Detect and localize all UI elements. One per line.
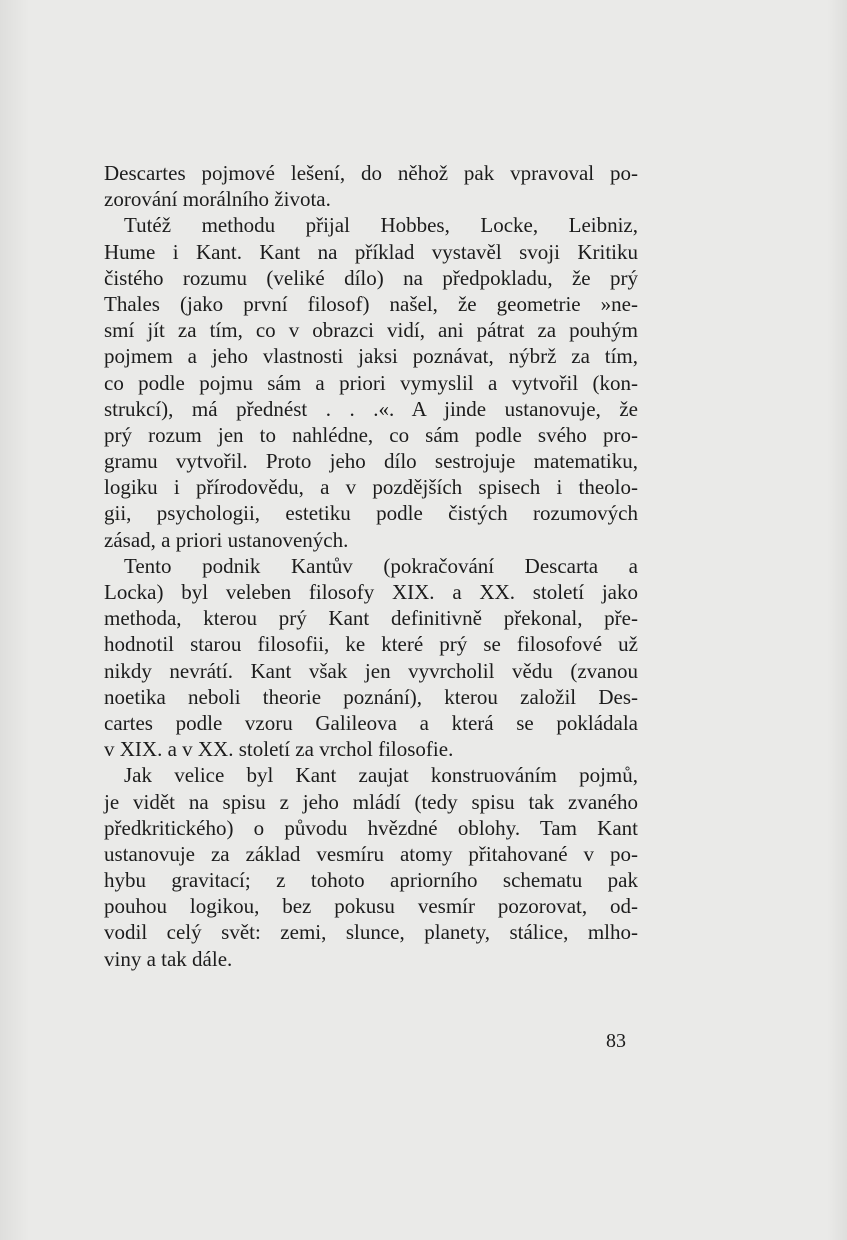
- text-line: nikdy nevrátí. Kant však jen vyvrcholil …: [104, 658, 638, 684]
- text-line: methoda, kterou prý Kant definitivně pře…: [104, 605, 638, 631]
- paragraph-1: Descartes pojmové lešení, do něhož pak v…: [104, 160, 638, 212]
- text-line: zásad, a priori ustanovených.: [104, 527, 638, 553]
- text-line: noetika neboli theorie poznání), kterou …: [104, 684, 638, 710]
- text-line: strukcí), má přednést . . .«. A jinde us…: [104, 396, 638, 422]
- book-page: Descartes pojmové lešení, do něhož pak v…: [0, 0, 847, 1240]
- text-line: Descartes pojmové lešení, do něhož pak v…: [104, 160, 638, 186]
- text-line: gramu vytvořil. Proto jeho dílo sestroju…: [104, 448, 638, 474]
- text-line: hybu gravitací; z tohoto apriorního sche…: [104, 867, 638, 893]
- text-line: čistého rozumu (veliké dílo) na předpokl…: [104, 265, 638, 291]
- text-line: Jak velice byl Kant zaujat konstruováním…: [104, 762, 638, 788]
- text-line: Locka) byl veleben filosofy XIX. a XX. s…: [104, 579, 638, 605]
- paragraph-3: Tento podnik Kantův (pokračování Descart…: [104, 553, 638, 763]
- page-number: 83: [606, 1030, 626, 1053]
- text-line: Tento podnik Kantův (pokračování Descart…: [104, 553, 638, 579]
- text-line: vodil celý svět: zemi, slunce, planety, …: [104, 919, 638, 945]
- text-line: cartes podle vzoru Galileova a která se …: [104, 710, 638, 736]
- text-line: pojmem a jeho vlastnosti jaksi poznávat,…: [104, 343, 638, 369]
- text-line: pouhou logikou, bez pokusu vesmír pozoro…: [104, 893, 638, 919]
- paragraph-4: Jak velice byl Kant zaujat konstruováním…: [104, 762, 638, 972]
- text-line: viny a tak dále.: [104, 946, 638, 972]
- text-line: hodnotil starou filosofii, ke které prý …: [104, 631, 638, 657]
- text-line: prý rozum jen to nahlédne, co sám podle …: [104, 422, 638, 448]
- text-line: v XIX. a v XX. století za vrchol filosof…: [104, 736, 638, 762]
- text-line: Hume i Kant. Kant na příklad vystavěl sv…: [104, 239, 638, 265]
- text-line: gii, psychologii, estetiku podle čistých…: [104, 500, 638, 526]
- text-line: co podle pojmu sám a priori vymyslil a v…: [104, 370, 638, 396]
- text-line: smí jít za tím, co v obrazci vidí, ani p…: [104, 317, 638, 343]
- text-line: Thales (jako první filosof) našel, že ge…: [104, 291, 638, 317]
- text-line: zorování morálního života.: [104, 186, 638, 212]
- text-line: předkritického) o původu hvězdné oblohy.…: [104, 815, 638, 841]
- text-line: Tutéž methodu přijal Hobbes, Locke, Leib…: [104, 212, 638, 238]
- text-line: ustanovuje za základ vesmíru atomy přita…: [104, 841, 638, 867]
- paragraph-2: Tutéž methodu přijal Hobbes, Locke, Leib…: [104, 212, 638, 552]
- body-text: Descartes pojmové lešení, do něhož pak v…: [104, 160, 638, 972]
- text-line: je vidět na spisu z jeho mládí (tedy spi…: [104, 789, 638, 815]
- text-line: logiku i přírodovědu, a v pozdějších spi…: [104, 474, 638, 500]
